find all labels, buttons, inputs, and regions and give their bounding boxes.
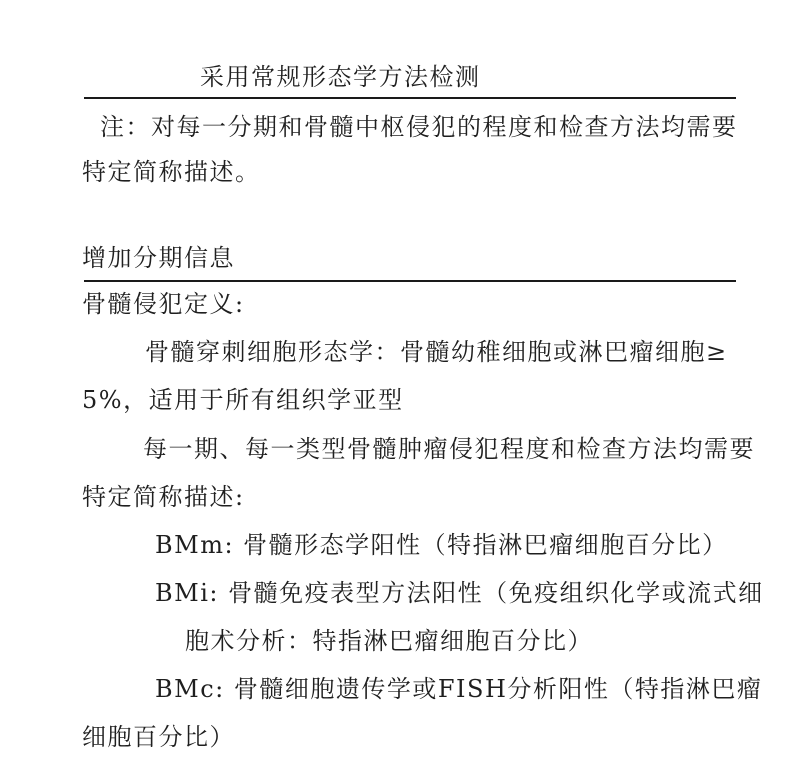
horizontal-rule-top	[84, 97, 736, 99]
note-line-1: 注：对每一分期和骨髓中枢侵犯的程度和检查方法均需要	[100, 110, 738, 144]
requirement-line-1: 每一期、每一类型骨髓肿瘤侵犯程度和检查方法均需要	[143, 432, 755, 466]
bmi-line-1: BMi: 骨髓免疫表型方法阳性（免疫组织化学或流式细	[155, 576, 764, 610]
horizontal-rule-section	[84, 280, 736, 282]
definition-line-1: 骨髓穿刺细胞形态学：骨髓幼稚细胞或淋巴瘤细胞≥	[145, 335, 728, 369]
bmc-line-1: BMc: 骨髓细胞遗传学或FISH分析阳性（特指淋巴瘤	[155, 672, 762, 706]
bmi-line-2: 胞术分析：特指淋巴瘤细胞百分比）	[185, 624, 593, 658]
bmm-line: BMm: 骨髓形态学阳性（特指淋巴瘤细胞百分比）	[155, 528, 728, 562]
note-line-2: 特定简称描述。	[82, 155, 261, 189]
section-heading: 增加分期信息	[82, 241, 235, 275]
bmc-line-2: 细胞百分比）	[82, 720, 235, 754]
definition-heading: 骨髓侵犯定义:	[82, 287, 245, 321]
definition-line-2: 5%，适用于所有组织学亚型	[82, 383, 404, 417]
table-footer-line: 采用常规形态学方法检测	[200, 60, 481, 94]
requirement-line-2: 特定简称描述:	[82, 480, 245, 514]
document-page: 采用常规形态学方法检测 注：对每一分期和骨髓中枢侵犯的程度和检查方法均需要 特定…	[0, 0, 810, 759]
